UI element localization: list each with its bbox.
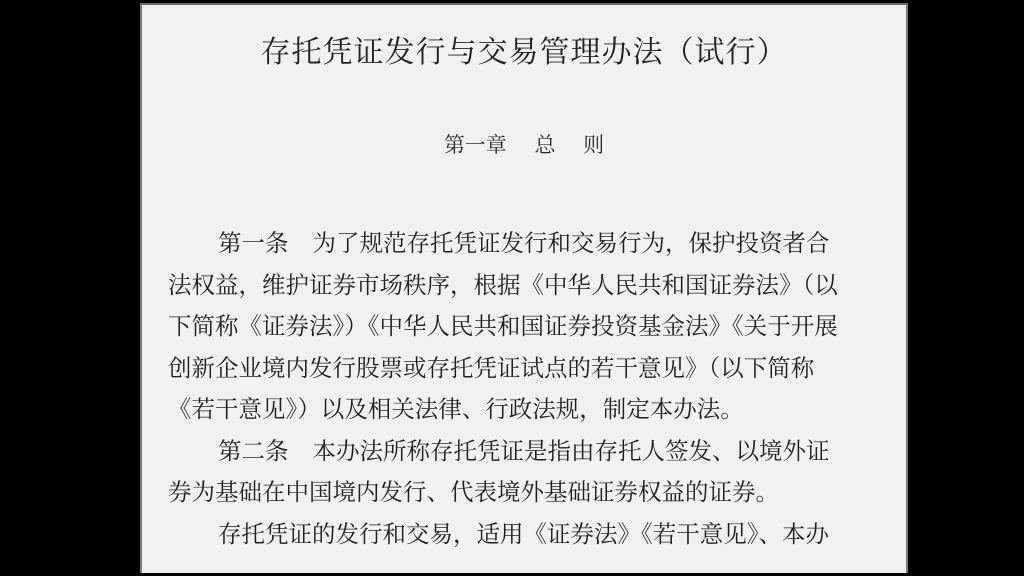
article-1-line-3: 下简称《证券法》）《中华人民共和国证券投资基金法》《关于开展 (168, 306, 888, 348)
article-1-line-5: 《若干意见》）以及相关法律、行政法规，制定本办法。 (168, 389, 888, 431)
document-page: 存托凭证发行与交易管理办法（试行） 第一章 总 则 第一条为了规范存托凭证发行和… (140, 3, 908, 573)
chapter-heading: 第一章 总 则 (142, 129, 906, 159)
article-label: 第二条 (218, 437, 289, 465)
article-1-line-4: 创新企业境内发行股票或存托凭证试点的若干意见》（以下简称 (168, 348, 888, 390)
video-frame: 存托凭证发行与交易管理办法（试行） 第一章 总 则 第一条为了规范存托凭证发行和… (0, 0, 1024, 576)
article-1-line-1: 第一条为了规范存托凭证发行和交易行为，保护投资者合 (168, 223, 888, 265)
article-label: 第一条 (218, 229, 289, 257)
paragraph-3-line-1: 存托凭证的发行和交易，适用《证券法》《若干意见》、本办 (168, 514, 888, 556)
article-1-line-2: 法权益，维护证券市场秩序，根据《中华人民共和国证券法》（以 (168, 265, 888, 307)
article-2-line-1: 第二条本办法所称存托凭证是指由存托人签发、以境外证 (168, 431, 888, 473)
document-title: 存托凭证发行与交易管理办法（试行） (142, 27, 906, 71)
article-2-line-2: 券为基础在中国境内发行、代表境外基础证券权益的证券。 (168, 472, 888, 514)
document-body: 第一条为了规范存托凭证发行和交易行为，保护投资者合 法权益，维护证券市场秩序，根… (168, 223, 888, 555)
